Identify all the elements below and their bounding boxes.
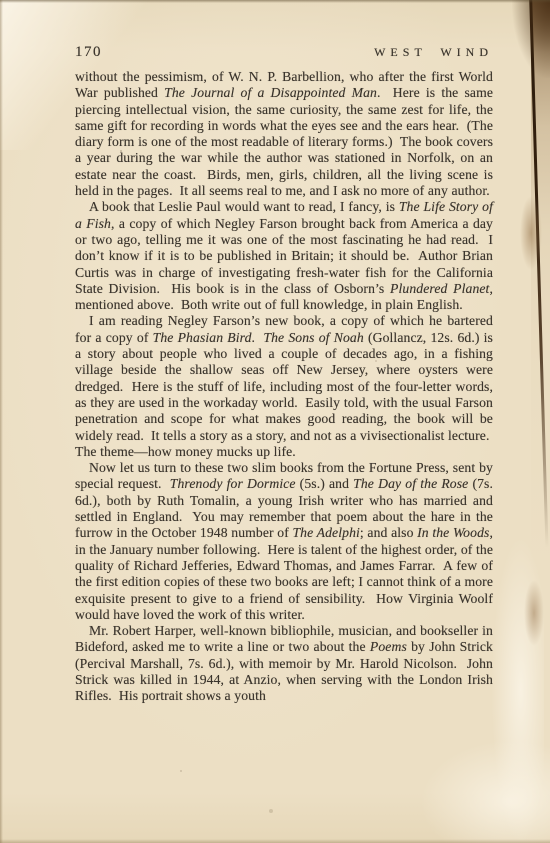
book-title-italic: The Day of the Rose <box>353 476 468 491</box>
book-title-italic: The Sons of Noah <box>263 330 363 345</box>
running-head: WEST WIND <box>374 45 493 60</box>
text-segment: (5s.) and <box>296 476 354 491</box>
top-right-fold-shadow <box>512 0 550 78</box>
text-segment: (Gollancz, 12s. 6d.) is a story about pe… <box>75 330 493 459</box>
scanned-book-page: 170 WEST WIND without the pessimism, of … <box>0 0 550 843</box>
paragraph: Now let us turn to these two slim books … <box>75 460 493 623</box>
book-title-italic: Poems <box>370 639 407 654</box>
book-title-italic: The Phasian Bird <box>153 330 252 345</box>
paragraph: without the pessimism, of W. N. P. Barbe… <box>75 69 493 199</box>
page-header: 170 WEST WIND <box>75 44 493 61</box>
page-curl-highlight <box>492 540 544 840</box>
page-body: without the pessimism, of W. N. P. Barbe… <box>75 69 493 705</box>
book-title-italic: Threnody for Dormice <box>170 476 296 491</box>
book-title-italic: Plundered Planet <box>390 281 489 296</box>
scan-top-edge <box>0 0 550 3</box>
scan-left-edge <box>0 0 3 843</box>
text-segment: A book that Leslie Paul would want to re… <box>89 199 399 214</box>
book-title-italic: In the Woods <box>417 525 489 540</box>
paragraph: A book that Leslie Paul would want to re… <box>75 199 493 313</box>
paragraph: Mr. Robert Harper, well-known bibliophil… <box>75 623 493 704</box>
text-segment: . <box>252 330 264 345</box>
text-segment: . Here is the same piercing intellectual… <box>75 85 493 198</box>
book-title-italic: The Adelphi <box>292 525 359 540</box>
text-segment: ; and also <box>360 525 417 540</box>
bottom-corner-highlight <box>420 740 550 843</box>
paragraph: I am reading Negley Farson’s new book, a… <box>75 313 493 460</box>
page-number: 170 <box>75 44 102 61</box>
book-title-italic: The Journal of a Disappointed Man <box>164 85 377 100</box>
scan-bottom-edge <box>0 839 550 843</box>
edge-smudge <box>524 580 544 646</box>
